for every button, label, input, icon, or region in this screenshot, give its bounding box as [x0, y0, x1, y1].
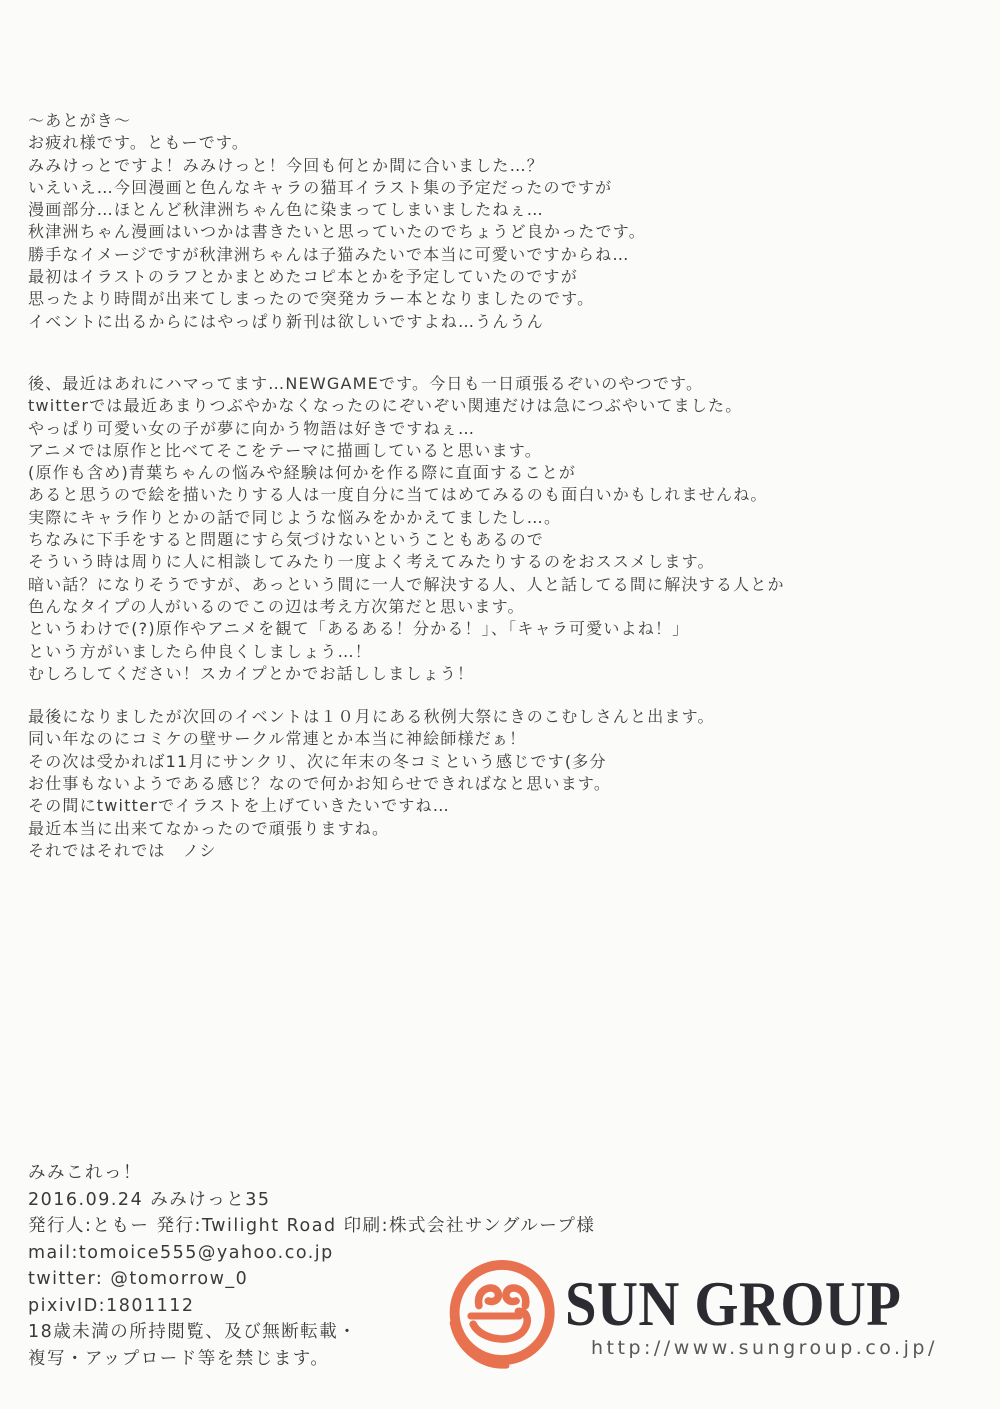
printer-name: SUN GROUP — [565, 1273, 901, 1336]
afterword-line: その間にtwitterでイラストを上げていきたいですね… — [28, 795, 978, 817]
afterword-line: むしろしてください！スカイプとかでお話ししましょう！ — [28, 663, 978, 685]
afterword-paragraph-3: 最後になりましたが次回のイベントは１０月にある秋例大祭にきのこむしさんと出ます。… — [28, 706, 978, 862]
book-title: みみこれっ！ — [28, 1160, 595, 1187]
afterword-line: というわけで(?)原作やアニメを観て「あるある！分かる！」、「キャラ可愛いよね！… — [28, 618, 978, 640]
afterword-line: 秋津洲ちゃん漫画はいつかは書きたいと思っていたのでちょうど良かったです。 — [28, 221, 978, 243]
afterword-line: それではそれでは ノシ — [28, 840, 978, 862]
scanned-afterword-page: ～あとがき～ お疲れ様です。ともーです。みみけっとですよ！みみけっと！今回も何と… — [0, 0, 1000, 1409]
afterword-section: ～あとがき～ お疲れ様です。ともーです。みみけっとですよ！みみけっと！今回も何と… — [28, 110, 978, 862]
afterword-line: twitterでは最近あまりつぶやかなくなったのにぞいぞい関連だけは急につぶやい… — [28, 395, 978, 417]
afterword-line: 漫画部分…ほとんど秋津洲ちゃん色に染まってしまいましたねぇ… — [28, 199, 978, 221]
afterword-line: 最近本当に出来てなかったので頑張りますね。 — [28, 818, 978, 840]
afterword-line: アニメでは原作と比べてそこをテーマに描画していると思います。 — [28, 440, 978, 462]
afterword-line: (原作も含め)青葉ちゃんの悩みや経験は何かを作る際に直面することが — [28, 462, 978, 484]
afterword-line: みみけっとですよ！みみけっと！今回も何とか間に合いました…？ — [28, 155, 978, 177]
afterword-line: 同い年なのにコミケの壁サークル常連とか本当に神絵師様だぁ！ — [28, 728, 978, 750]
afterword-line: 後、最近はあれにハマってます…NEWGAMEです。今日も一日頑張るぞいのやつです… — [28, 373, 978, 395]
afterword-line: 勝手なイメージですが秋津洲ちゃんは子猫みたいで本当に可愛いですからね… — [28, 244, 978, 266]
afterword-paragraph-2: 後、最近はあれにハマってます…NEWGAMEです。今日も一日頑張るぞいのやつです… — [28, 373, 978, 685]
afterword-line: その次は受かれば11月にサンクリ、次に年末の冬コミという感じです(多分 — [28, 751, 978, 773]
afterword-line: お仕事もないようである感じ？なので何かお知らせできればなと思います。 — [28, 773, 978, 795]
afterword-heading: ～あとがき～ — [28, 110, 978, 132]
afterword-line: 実際にキャラ作りとかの話で同じような悩みをかかえてましたし…。 — [28, 507, 978, 529]
afterword-line: 思ったより時間が出来てしまったので突発カラー本となりましたのです。 — [28, 288, 978, 310]
afterword-line: 最後になりましたが次回のイベントは１０月にある秋例大祭にきのこむしさんと出ます。 — [28, 706, 978, 728]
afterword-paragraph-1: お疲れ様です。ともーです。みみけっとですよ！みみけっと！今回も何とか間に合いまし… — [28, 132, 978, 333]
afterword-line: お疲れ様です。ともーです。 — [28, 132, 978, 154]
afterword-line: 最初はイラストのラフとかまとめたコピ本とかを予定していたのですが — [28, 266, 978, 288]
afterword-line: という方がいましたら仲良くしましょう…！ — [28, 641, 978, 663]
afterword-line: あると思うので絵を描いたりする人は一度自分に当てはめてみるのも面白いかもしれませ… — [28, 484, 978, 506]
publisher-line: 発行人:ともー 発行:Twilight Road 印刷:株式会社サングループ様 — [28, 1213, 595, 1240]
printer-url: http://www.sungroup.co.jp/ — [565, 1337, 939, 1359]
afterword-line: いえいえ…今回漫画と色んなキャラの猫耳イラスト集の予定だったのですが — [28, 177, 978, 199]
afterword-line: やっぱり可愛い女の子が夢に向かう物語は好きですねぇ… — [28, 418, 978, 440]
event-date-line: 2016.09.24 みみけっと35 — [28, 1187, 595, 1214]
sun-group-logo-icon — [443, 1255, 559, 1377]
afterword-line: ちなみに下手をすると問題にすら気づけないということもあるので — [28, 529, 978, 551]
afterword-line: イベントに出るからにはやっぱり新刊は欲しいですよね…うんうん — [28, 311, 978, 333]
afterword-line: 暗い話？になりそうですが、あっという間に一人で解決する人、人と話してる間に解決す… — [28, 574, 978, 596]
printer-text-block: SUN GROUP http://www.sungroup.co.jp/ — [565, 1255, 939, 1359]
printer-logo-block: SUN GROUP http://www.sungroup.co.jp/ — [443, 1255, 939, 1377]
afterword-line: そういう時は周りに人に相談してみたり一度よく考えてみたりするのをおススメします。 — [28, 551, 978, 573]
afterword-line: 色んなタイプの人がいるのでこの辺は考え方次第だと思います。 — [28, 596, 978, 618]
